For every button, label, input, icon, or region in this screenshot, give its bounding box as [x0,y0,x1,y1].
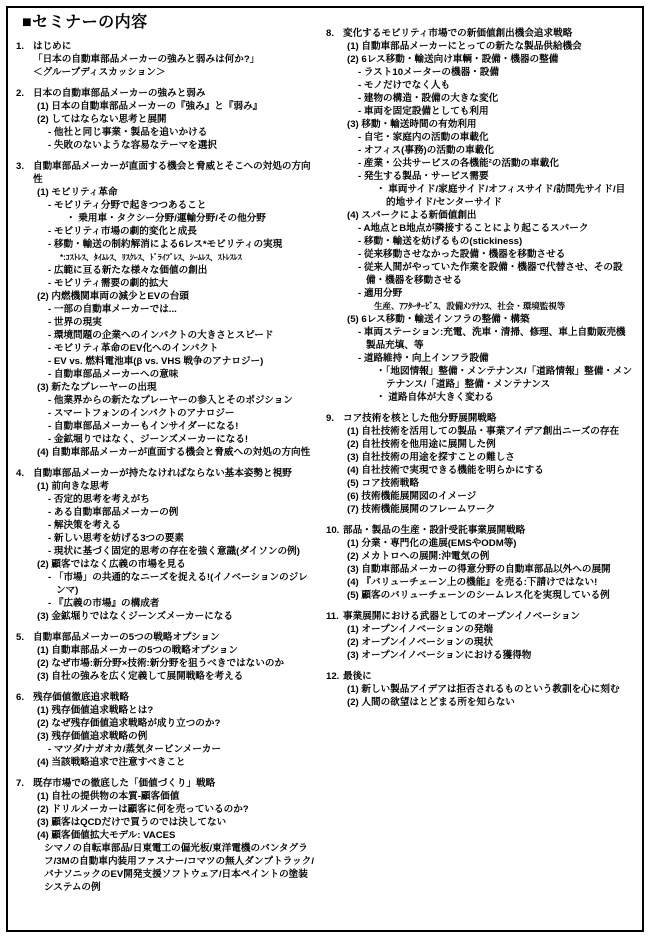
item-heading: 変化するモビリティ市場での新価値創出機会追求戦略 [343,27,634,40]
outline-line: ・「地図情報」整備・メンテナンス/「道路情報」整備・メンテナンス/「道路」整備・… [326,365,634,391]
item-head-row: 2.日本の自動車部品メーカーの強みと弱み [16,87,316,100]
outline-line: - 広範に亘る新たな様々な価値の創出 [16,264,316,277]
outline-line: - A地点とB地点が隣接することにより起こるスパーク [326,222,634,235]
outline-line: (3) 金鉱堀りではなくジーンズメーカーになる [16,610,316,623]
item-heading: 自動車部品メーカーの5つの戦略オプション [33,631,316,644]
item-number: 10. [326,524,343,537]
outline-line: - 金鉱堀りではなく、ジーンズメーカーになる! [16,433,316,446]
outline-line: (2) してはならない思考と展開 [16,113,316,126]
outline-line: - 自宅・家庭内の活動の車載化 [326,131,634,144]
outline-line: (1) 自社技術を活用しての製品・事業アイデア創出ニーズの存在 [326,425,634,438]
item-number: 9. [326,412,343,425]
outline-line: (2) 人間の欲望はとどまる所を知らない [326,696,634,709]
column-top-spacer [326,14,634,27]
outline-line: (2) なぜ市場:新分野×技術:新分野を狙うべきではないのか [16,657,316,670]
outline-item: 3.自動車部品メーカーが直面する機会と脅威とそこへの対処の方向性(1) モビリテ… [16,160,316,459]
outline-item: 11.事業展開における武器としてのオープンイノベーション(1) オープンイノベー… [326,610,634,662]
item-number: 6. [16,691,33,704]
item-heading: 自動車部品メーカーが直面する機会と脅威とそこへの対処の方向性 [33,160,316,186]
outline-line: (3) 移動・輸送時間の有効利用 [326,118,634,131]
outline-line: - 車両ステーション:充電、洗車・清掃、修理、車上自動販売機製品充填、等 [326,326,634,352]
outline-line: (2) 内燃機関車両の減少とEVの台頭 [16,290,316,303]
outline-line: - オフィス(事務)の活動の車載化 [326,144,634,157]
outline-item: 6.残存価値徹底追求戦略(1) 残存価値追求戦略とは?(2) なぜ残存価値追求戦… [16,691,316,769]
outline-line: (5) コア技術戦略 [326,477,634,490]
outline-item: 7.既存市場での徹底した「価値づくり」戦略(1) 自社の提供物の本質-顧客価値(… [16,777,316,894]
outline-line: - ラスト10メーターの機器・設備 [326,66,634,79]
outline-line: - 移動・輸送を妨げるもの(stickiness) [326,235,634,248]
outline-line: (1) 自動車部品メーカーにとっての新たな製品供給機会 [326,40,634,53]
columns: ■セミナーの内容 1.はじめに「日本の自動車部品メーカーの強みと弱みは何か?」＜… [16,14,634,902]
outline-line: (4) 自社技術で実現できる機能を明らかにする [326,464,634,477]
outline-line: ＜グループディスカッション＞ [16,66,316,79]
item-head-row: 1.はじめに [16,40,316,53]
item-number: 1. [16,40,33,53]
outline-line: - 『広義の市場』の構成者 [16,597,316,610]
item-head-row: 9.コア技術を核とした他分野展開戦略 [326,412,634,425]
outline-line: - 失敗のないような容易なテーマを選択 [16,139,316,152]
outline-line: - スマートフォンのインパクトのアナロジー [16,407,316,420]
outline-line: - モビリティ革命のEV化へのインパクト [16,342,316,355]
outline-line: - 他社と同じ事業・製品を追いかける [16,126,316,139]
outline-line: (1) 日本の自動車部品メーカーの『強み』と『弱み』 [16,100,316,113]
outline-line: (1) 前向きな思考 [16,480,316,493]
item-head-row: 12.最後に [326,670,634,683]
outline-line: (6) 技術機能展開図のイメージ [326,490,634,503]
item-head-row: 11.事業展開における武器としてのオープンイノベーション [326,610,634,623]
outline-item: 2.日本の自動車部品メーカーの強みと弱み(1) 日本の自動車部品メーカーの『強み… [16,87,316,152]
outline-line: (2) メカトロへの展開:沖電気の例 [326,550,634,563]
item-number: 12. [326,670,343,683]
outline-item: 8.変化するモビリティ市場での新価値創出機会追求戦略(1) 自動車部品メーカーに… [326,27,634,404]
outline-line: - 自動車部品メーカーへの意味 [16,368,316,381]
outline-line: (3) 顧客はQCDだけで買うのでは決してない [16,816,316,829]
outline-line: - 否定的思考を考えがち [16,493,316,506]
item-heading: 自動車部品メーカーが持たなければならない基本姿勢と視野 [33,467,316,480]
outline-line: - モビリティ市場の劇的変化と成長 [16,225,316,238]
item-number: 4. [16,467,33,480]
item-number: 2. [16,87,33,100]
item-heading: 既存市場での徹底した「価値づくり」戦略 [33,777,316,790]
item-heading: はじめに [33,40,316,53]
outline-line: (4) 自動車部品メーカーが直面する機会と脅威への対処の方向性 [16,446,316,459]
item-head-row: 8.変化するモビリティ市場での新価値創出機会追求戦略 [326,27,634,40]
item-number: 8. [326,27,343,40]
outline-line: - 一部の自動車メーカーでは... [16,303,316,316]
outline-line: (2) なぜ残存価値追求戦略が成り立つのか? [16,717,316,730]
outline-line: (1) 分業・専門化の進展(EMSやODM等) [326,537,634,550]
outline-line: (3) 残存価値追求戦略の例 [16,730,316,743]
outline-line: (5) 顧客のバリューチェーンのシームレス化を実現している例 [326,589,634,602]
item-head-row: 3.自動車部品メーカーが直面する機会と脅威とそこへの対処の方向性 [16,160,316,186]
outline-line: (3) 自動車部品メーカーの得意分野の自動車部品以外への展開 [326,563,634,576]
outline-line: (5) 6レス移動・輸送インフラの整備・構築 [326,313,634,326]
outline-line: - 産業・公共サービスの各機能²の活動の車載化 [326,157,634,170]
item-number: 5. [16,631,33,644]
outline-line: *:ｺｽﾄﾚｽ、ﾀｲﾑﾚｽ、ﾘｽｸﾚｽ、ﾄﾞﾗｲﾌﾞﾚｽ、ｼｰﾑﾚｽ、ｽﾄﾚｽﾚ… [16,251,316,264]
outline-line: (3) オープンイノベーションにおける獲得物 [326,649,634,662]
outline-line: (2) 自社技術を他用途に展開した例 [326,438,634,451]
outline-line: (4) 当該戦略追求で注意すべきこと [16,756,316,769]
outline-line: 「日本の自動車部品メーカーの強みと弱みは何か?」 [16,53,316,66]
outline-line: (3) 自社技術の用途を探すことの難しさ [326,451,634,464]
outline-line: (1) 自動車部品メーカーの5つの戦略オプション [16,644,316,657]
item-head-row: 5.自動車部品メーカーの5つの戦略オプション [16,631,316,644]
item-heading: 日本の自動車部品メーカーの強みと弱み [33,87,316,100]
outline-line: - モビリティ分野で起きつつあること [16,199,316,212]
outline-line: - 適用分野 [326,287,634,300]
outline-item: 9.コア技術を核とした他分野展開戦略(1) 自社技術を活用しての製品・事業アイデ… [326,412,634,516]
outline-line: (4) 『バリューチェーン上の機能』を売る:下請けではない! [326,576,634,589]
outline-line: (1) オープンイノベーションの発端 [326,623,634,636]
outline-line: - EV vs. 燃料電池車(β vs. VHS 戦争のアナロジー) [16,355,316,368]
outline-line: - 環境問題の企業へのインパクトの大きさとスピード [16,329,316,342]
item-number: 3. [16,160,33,186]
column-left: ■セミナーの内容 1.はじめに「日本の自動車部品メーカーの強みと弱みは何か?」＜… [16,14,316,902]
outline-line: - マツダ/ナガオカ/蒸気タービンメーカー [16,743,316,756]
outline-line: - 車両を固定設備としても利用 [326,105,634,118]
outline-line: ・ 道路自体が大きく変わる [326,391,634,404]
item-heading: 最後に [343,670,634,683]
outline-line: (1) 残存価値追求戦略とは? [16,704,316,717]
item-head-row: 4.自動車部品メーカーが持たなければならない基本姿勢と視野 [16,467,316,480]
outline-line: - 従来人間がやっていた作業を設備・機器で代替させ、その設備・機器を移動させる [326,261,634,287]
document-page: ■セミナーの内容 1.はじめに「日本の自動車部品メーカーの強みと弱みは何か?」＜… [6,6,644,932]
outline-line: (1) 自社の提供物の本質-顧客価値 [16,790,316,803]
outline-line: - ある自動車部品メーカーの例 [16,506,316,519]
outline-line: - 道路維持・向上インフラ設備 [326,352,634,365]
outline-line: ・ 乗用車・タクシー分野/運輸分野/その他分野 [16,212,316,225]
item-heading: 部品・製品の生産・設計受託事業展開戦略 [343,524,634,537]
page-title: ■セミナーの内容 [22,16,316,29]
outline-line: ・ 車両サイド/家庭サイド/オフィスサイド/訪問先サイド/目的地サイド/センター… [326,183,634,209]
outline-line: - 世界の現実 [16,316,316,329]
outline-line: (2) 6レス移動・輸送向け車輌・設備・機器の整備 [326,53,634,66]
outline-line: シマノの自転車部品/日東電工の偏光板/東洋電機のパンタグラフ/3Mの自動車内装用… [16,842,316,894]
column-right: 8.変化するモビリティ市場での新価値創出機会追求戦略(1) 自動車部品メーカーに… [326,14,634,902]
outline-line: - モビリティ需要の劇的拡大 [16,277,316,290]
item-head-row: 10.部品・製品の生産・設計受託事業展開戦略 [326,524,634,537]
item-number: 7. [16,777,33,790]
outline-line: (1) 新しい製品アイデアは拒否されるものという教訓を心に刻む [326,683,634,696]
outline-line: (1) モビリティ革命 [16,186,316,199]
outline-line: (4) スパークによる新価値創出 [326,209,634,222]
outline-line: - 自動車部品メーカーもインサイダーになる! [16,420,316,433]
outline-line: - 「市場」の共通的なニーズを捉える!(イノベーションのジレンマ) [16,571,316,597]
item-heading: コア技術を核とした他分野展開戦略 [343,412,634,425]
outline-line: - 現状に基づく固定的思考の存在を強く意識(ダイソンの例) [16,545,316,558]
outline-item: 5.自動車部品メーカーの5つの戦略オプション(1) 自動車部品メーカーの5つの戦… [16,631,316,683]
item-number: 11. [326,610,343,623]
outline-line: (2) ドリルメーカーは顧客に何を売っているのか? [16,803,316,816]
outline-item: 12.最後に(1) 新しい製品アイデアは拒否されるものという教訓を心に刻む(2)… [326,670,634,709]
item-heading: 残存価値徹底追求戦略 [33,691,316,704]
outline-line: - 移動・輸送の制約解消による6レス*モビリティの実現 [16,238,316,251]
item-head-row: 7.既存市場での徹底した「価値づくり」戦略 [16,777,316,790]
outline-line: (2) 顧客ではなく広義の市場を見る [16,558,316,571]
outline-line: - 建物の構造・設備の大きな変化 [326,92,634,105]
outline-line: (3) 新たなプレーヤーの出現 [16,381,316,394]
outline-item: 4.自動車部品メーカーが持たなければならない基本姿勢と視野(1) 前向きな思考-… [16,467,316,623]
outline-item: 1.はじめに「日本の自動車部品メーカーの強みと弱みは何か?」＜グループディスカッ… [16,40,316,79]
outline-line: - モノだけでなく人も [326,79,634,92]
outline-line: - 解決策を考える [16,519,316,532]
outline-line: - 他業界からの新たなプレーヤーの参入とそのポジション [16,394,316,407]
outline-line: 生産、ｱﾌﾀｰｻｰﾋﾞｽ、設備ﾒﾝﾃﾅﾝｽ、社会・環境監視等 [326,300,634,313]
outline-line: (4) 顧客価値拡大モデル: VACES [16,829,316,842]
item-head-row: 6.残存価値徹底追求戦略 [16,691,316,704]
item-heading: 事業展開における武器としてのオープンイノベーション [343,610,634,623]
outline-line: - 発生する製品・サービス需要 [326,170,634,183]
outline-line: (7) 技術機能展開のフレームワーク [326,503,634,516]
outline-line: - 従来移動させなかった設備・機器を移動させる [326,248,634,261]
outline-line: - 新しい思考を妨げる3つの要素 [16,532,316,545]
outline-line: (3) 自社の強みを広く定義して展開戦略を考える [16,670,316,683]
outline-item: 10.部品・製品の生産・設計受託事業展開戦略(1) 分業・専門化の進展(EMSや… [326,524,634,602]
outline-line: (2) オープンイノベーションの現状 [326,636,634,649]
